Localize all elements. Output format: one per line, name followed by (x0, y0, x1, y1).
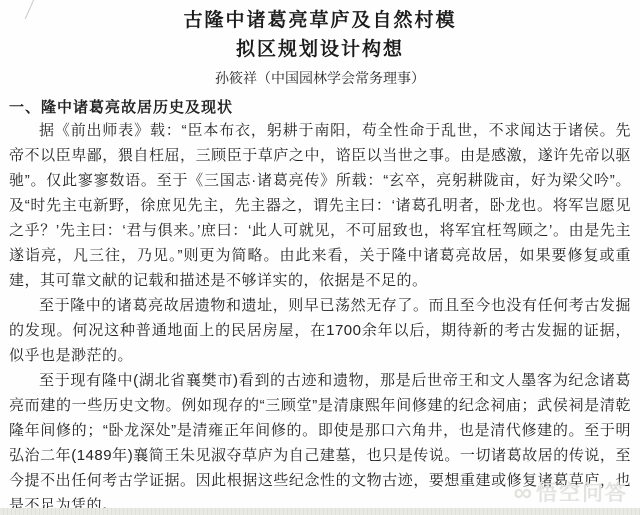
wukong-qa-watermark: ∞ 悟空问答 (513, 477, 628, 507)
section-heading: 一、隆中诸葛亮故居历史及现状 (9, 98, 631, 118)
infinity-logo-icon: ∞ (513, 479, 532, 505)
scan-edge-strip (0, 508, 640, 515)
document-content: 古隆中诸葛亮草庐及自然村模 拟区规划设计构想 孙筱祥（中国园林学会常务理事） 一… (0, 0, 640, 515)
paragraph-2: 至于隆中的诸葛亮故居遗物和遗址，则早已荡然无存了。而且至今也没有任何考古发掘的发… (9, 293, 631, 368)
title-line-1: 古隆中诸葛亮草庐及自然村模 (183, 10, 456, 31)
paragraph-1: 据《前出师表》载：“臣本布衣，躬耕于南阳，苟全性命于乱世，不求闻达于诸侯。先帝不… (9, 118, 631, 293)
title-line-2: 拟区规划设计构想 (236, 39, 404, 60)
document-page: 古隆中诸葛亮草庐及自然村模 拟区规划设计构想 孙筱祥（中国园林学会常务理事） 一… (0, 0, 640, 515)
author-line: 孙筱祥（中国园林学会常务理事） (9, 67, 631, 89)
document-title: 古隆中诸葛亮草庐及自然村模 拟区规划设计构想 (9, 6, 631, 64)
watermark-text: 悟空问答 (536, 477, 628, 507)
body-text: 据《前出师表》载：“臣本布衣，躬耕于南阳，苟全性命于乱世，不求闻达于诸侯。先帝不… (9, 118, 631, 515)
